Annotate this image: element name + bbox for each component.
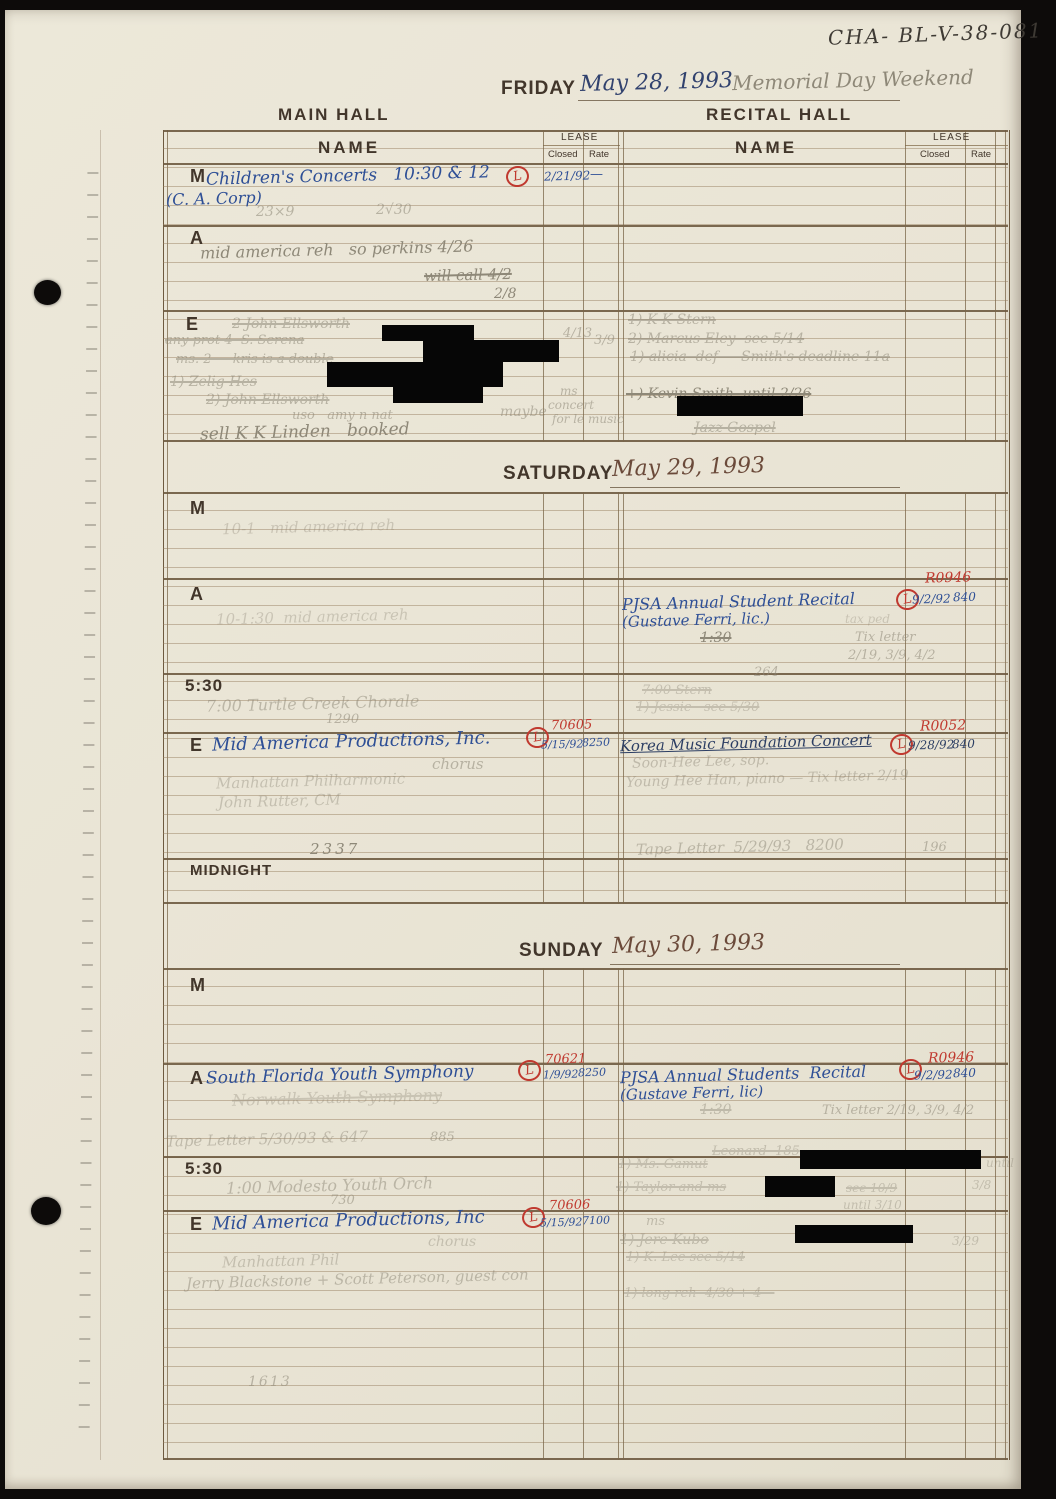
- recital-frag: 1) long reh 4/30 + 4—: [624, 1286, 774, 1301]
- lease-closed-date: 2/21/92: [544, 168, 591, 183]
- grid-line: [905, 130, 906, 442]
- lease-rate: 8250: [578, 1066, 606, 1080]
- punch-hole-bottom: [31, 1197, 61, 1225]
- redaction-box: [393, 387, 483, 403]
- entry-pjsa-sun-2: (Gustave Ferri, lic): [620, 1082, 764, 1104]
- grid-line: [163, 1458, 1008, 1460]
- grid-line: [905, 145, 1008, 146]
- booking-code: R0946: [928, 1049, 975, 1066]
- recital-frag: Leonard 185: [712, 1144, 800, 1159]
- lease-closed-date: 1/9/92: [543, 1068, 579, 1082]
- redaction-box: [795, 1225, 913, 1243]
- row-label-morning: M: [190, 166, 206, 187]
- grid-line: [163, 673, 1008, 675]
- row-label-morning: M: [190, 975, 206, 996]
- booking-code: 70621: [545, 1051, 587, 1067]
- entry-pjsa-sat-2: (Gustave Ferri, lic.): [622, 609, 770, 631]
- note-taxped: tax ped: [845, 612, 890, 626]
- row-label-530: 5:30: [185, 1159, 223, 1179]
- recital-frag: 3/8: [972, 1178, 991, 1192]
- recital-frag: 1) Taylor and ms: [616, 1180, 726, 1195]
- recital-frag: 1) Jere Kubo: [620, 1232, 709, 1248]
- recital-frag: ms: [646, 1214, 665, 1229]
- grid-line: [623, 968, 624, 1460]
- note-130-sun: 1:30: [700, 1102, 731, 1118]
- recital-lease-header: LEASE: [933, 132, 970, 143]
- lease-mark: L: [524, 1062, 535, 1078]
- recital-frag: see 10/9: [846, 1181, 897, 1195]
- grid-line: [163, 578, 1008, 580]
- punch-hole-top: [34, 280, 61, 305]
- booking-code: R0052: [920, 717, 967, 734]
- grid-line: [583, 492, 584, 904]
- lease-rate: 7100: [582, 1214, 610, 1228]
- booking-code: R0946: [925, 569, 972, 586]
- note-tix-dates: 2/19, 3/9, 4/2: [848, 648, 936, 663]
- grid-line: [163, 163, 1008, 165]
- main-hall-title: MAIN HALL: [278, 105, 389, 125]
- day-label-sunday: SUNDAY: [519, 940, 604, 962]
- grid-line: [618, 968, 619, 1460]
- margin-rule: [100, 130, 101, 1460]
- booking-code: 70606: [549, 1197, 591, 1213]
- recital-frag: until: [986, 1156, 1014, 1170]
- recital-closed-header: Closed: [920, 149, 950, 160]
- evening-frag-concert: concert: [548, 398, 594, 412]
- recital-frag-jazz: Jazz Gospel: [694, 420, 776, 436]
- grid-line: [163, 968, 1008, 970]
- grid-line: [618, 492, 619, 904]
- note-2v30: 2√30: [376, 202, 412, 218]
- grid-line: [965, 130, 966, 442]
- note-2337: 2337: [310, 840, 360, 858]
- grid-line: [905, 968, 906, 1460]
- recital-name-header: NAME: [735, 138, 797, 158]
- lease-closed-date: 9/2/92: [914, 1067, 953, 1082]
- row-label-530: 5:30: [185, 676, 223, 696]
- day-label-saturday: SATURDAY: [503, 463, 613, 485]
- main-closed-header: Closed: [548, 149, 578, 160]
- evening-frag-39: 3/9: [594, 333, 615, 348]
- main-name-header: NAME: [318, 138, 380, 158]
- recital-frag: 1) K K Stern: [628, 312, 716, 328]
- recital-rate-header: Rate: [971, 149, 991, 160]
- evening-frag: any prot 4 S. Serena: [165, 333, 304, 348]
- note-1290: 1290: [326, 712, 359, 727]
- recital-frag: until 3/10: [843, 1198, 902, 1212]
- lease-rate: 840: [952, 737, 975, 752]
- lease-closed-date: 5/15/92: [540, 1215, 583, 1229]
- row-label-evening: E: [190, 1214, 203, 1235]
- main-lease-header: LEASE: [561, 132, 598, 143]
- recital-frag: 1) K. Lee see 5/14: [626, 1250, 745, 1265]
- grid-line: [995, 968, 996, 1460]
- day-label-friday: FRIDAY: [501, 78, 576, 100]
- recital-frag: 1) Ms. Gamut: [618, 1157, 708, 1172]
- lease-closed-date: 9/28/92: [908, 737, 955, 752]
- note-will-call: will call 4/2: [424, 265, 512, 285]
- note-manhattan-phil-sun: Manhattan Phil: [222, 1250, 340, 1271]
- row-label-evening: E: [190, 735, 203, 756]
- scanned-ledger-page: CHA- BL-V-38-081 FRIDAY May 28, 1993 Mem…: [0, 0, 1056, 1499]
- grid-line: [163, 492, 1008, 494]
- row-label-afternoon: A: [190, 584, 204, 605]
- row-label-evening: E: [186, 314, 199, 335]
- note-885: 885: [430, 1130, 455, 1145]
- redaction-box: [765, 1176, 835, 1197]
- note-john-rutter: John Rutter, CM: [218, 790, 341, 811]
- booking-code: 70605: [551, 717, 593, 733]
- grid-line: [965, 968, 966, 1460]
- note-130: 1:30: [700, 630, 731, 646]
- grid-line: [163, 902, 1008, 904]
- lease-rate: 840: [953, 590, 976, 605]
- note-chorus: chorus: [428, 1234, 476, 1250]
- sunday-date: May 30, 1993: [612, 930, 766, 959]
- lease-closed-date: 9/2/92: [912, 591, 951, 606]
- redaction-box: [423, 340, 559, 362]
- evening-frag: 2) John Ellsworth: [206, 392, 329, 408]
- row-label-afternoon: A: [190, 1068, 204, 1089]
- entry-ca-corp: (C. A. Corp): [166, 188, 262, 210]
- grid-line: [163, 225, 1008, 227]
- grid-line: [543, 145, 620, 146]
- note-23x9: 23×9: [256, 204, 294, 220]
- grid-line: [163, 310, 1008, 312]
- recital-frag: 1) alicia def — Smith's deadline 11a: [630, 349, 890, 365]
- grid-line: [618, 130, 619, 442]
- saturday-date: May 29, 1993: [612, 453, 766, 482]
- grid-line: [623, 130, 624, 442]
- grid-line: [623, 492, 624, 904]
- note-264: 264: [754, 665, 779, 680]
- evening-frag: 1) Zelig Hes: [170, 374, 257, 390]
- note-196: 196: [922, 840, 947, 855]
- redaction-box: [800, 1150, 981, 1169]
- lease-mark: L: [512, 168, 523, 184]
- recital-frag: 2) Marcus Eley see 5/14: [628, 331, 804, 347]
- grid-line: [995, 492, 996, 904]
- date-underline: [578, 100, 900, 101]
- note-chorus: chorus: [432, 755, 484, 773]
- lease-closed-date: 5/15/92: [541, 737, 584, 751]
- lease-mark: L: [896, 736, 907, 752]
- recital-hall-title: RECITAL HALL: [706, 105, 852, 125]
- lease-rate: 840: [953, 1066, 976, 1081]
- note-tix-letter: Tix letter: [855, 630, 916, 645]
- recital-frag: 3/29: [952, 1234, 979, 1248]
- grid-line: [163, 858, 1008, 860]
- evening-frag: 2 John Ellsworth: [232, 316, 350, 332]
- redaction-box: [677, 396, 803, 416]
- date-underline: [610, 964, 900, 965]
- date-underline: [610, 487, 900, 488]
- friday-date: May 28, 1993: [580, 68, 734, 97]
- note-1613: 1613: [248, 1374, 292, 1390]
- evening-frag: ms. 2 — kris is a double: [176, 352, 333, 367]
- grid-line: [965, 492, 966, 904]
- lease-rate: 8250: [582, 736, 610, 750]
- evening-frag-maybe: maybe: [500, 404, 547, 420]
- evening-frag-music: for le music: [552, 412, 624, 426]
- recital-frag: 1) Jessie see 5/30: [636, 700, 759, 715]
- redaction-box: [382, 325, 474, 341]
- grid-line: [543, 492, 544, 904]
- note-2-8: 2/8: [494, 286, 517, 302]
- redaction-box: [327, 362, 503, 387]
- evening-frag-413: 4/13: [563, 326, 592, 341]
- note-730: 730: [330, 1193, 355, 1208]
- row-label-morning: M: [190, 498, 206, 519]
- lease-mark: L: [528, 1209, 539, 1225]
- recital-frag: 7:00 Stern: [642, 683, 712, 698]
- grid-line: [995, 130, 996, 442]
- lease-rate-dash: —: [590, 167, 603, 182]
- main-rate-header: Rate: [589, 149, 609, 160]
- row-label-midnight: MIDNIGHT: [190, 862, 272, 879]
- evening-frag-ms: ms: [560, 384, 578, 398]
- grid-line: [905, 492, 906, 904]
- note-tix-dates-sun: Tix letter 2/19, 3/9, 4/2: [822, 1103, 974, 1118]
